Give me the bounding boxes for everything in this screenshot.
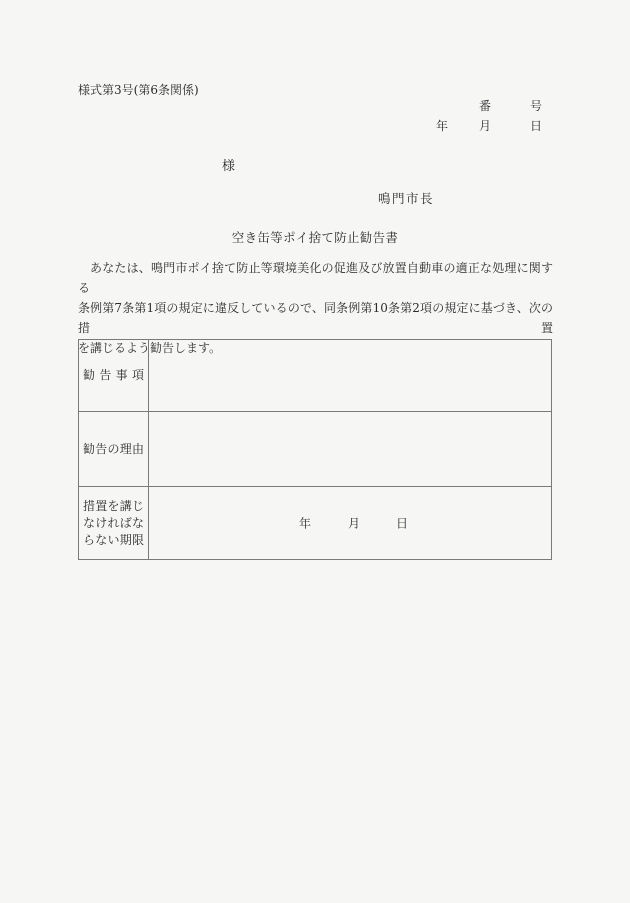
deadline-month-label: 月 [348, 515, 360, 532]
reason-value-cell[interactable] [149, 412, 551, 486]
deadline-value-cell[interactable]: 年 月 日 [149, 487, 551, 559]
recommendation-value-cell[interactable] [149, 340, 551, 411]
table-row-reason: 勧告の理由 [79, 412, 551, 487]
deadline-year-label: 年 [299, 515, 311, 532]
row-label-cell: 勧告事項 [79, 340, 149, 411]
table-row-deadline: 措置を講じなければならない期限 年 月 日 [79, 487, 551, 559]
addressee-honorific: 様 [222, 155, 235, 174]
document-page: 様式第3号(第6条関係) 番 号 年 月 日 様 鳴門市長 空き缶等ポイ捨て防止… [0, 0, 630, 903]
row-label-cell: 勧告の理由 [79, 412, 149, 486]
doc-number-go-label: 号 [530, 97, 542, 114]
row-label: 勧告事項 [83, 367, 144, 384]
body-line: あなたは、鳴門市ポイ捨て防止等環境美化の促進及び放置自動車の適正な処理に関する [78, 258, 553, 298]
row-label-cell: 措置を講じなければならない期限 [79, 487, 149, 559]
sender-title: 鳴門市長 [378, 189, 434, 207]
issue-date-year-label: 年 [436, 117, 448, 134]
deadline-day-label: 日 [396, 515, 408, 532]
document-title: 空き缶等ポイ捨て防止勧告書 [0, 228, 630, 246]
table-row-recommendation: 勧告事項 [79, 340, 551, 412]
doc-number-ban-label: 番 [479, 97, 491, 114]
issue-date-month-label: 月 [479, 117, 491, 134]
notice-table: 勧告事項 勧告の理由 措置を講じなければならない期限 年 月 日 [78, 339, 552, 560]
row-label: 措置を講じなければならない期限 [83, 498, 144, 549]
form-number: 様式第3号(第6条関係) [78, 81, 199, 98]
body-line: 条例第7条第1項の規定に違反しているので、同条例第10条第2項の規定に基づき、次… [78, 298, 553, 338]
issue-date-day-label: 日 [530, 117, 542, 134]
row-label: 勧告の理由 [83, 441, 144, 458]
